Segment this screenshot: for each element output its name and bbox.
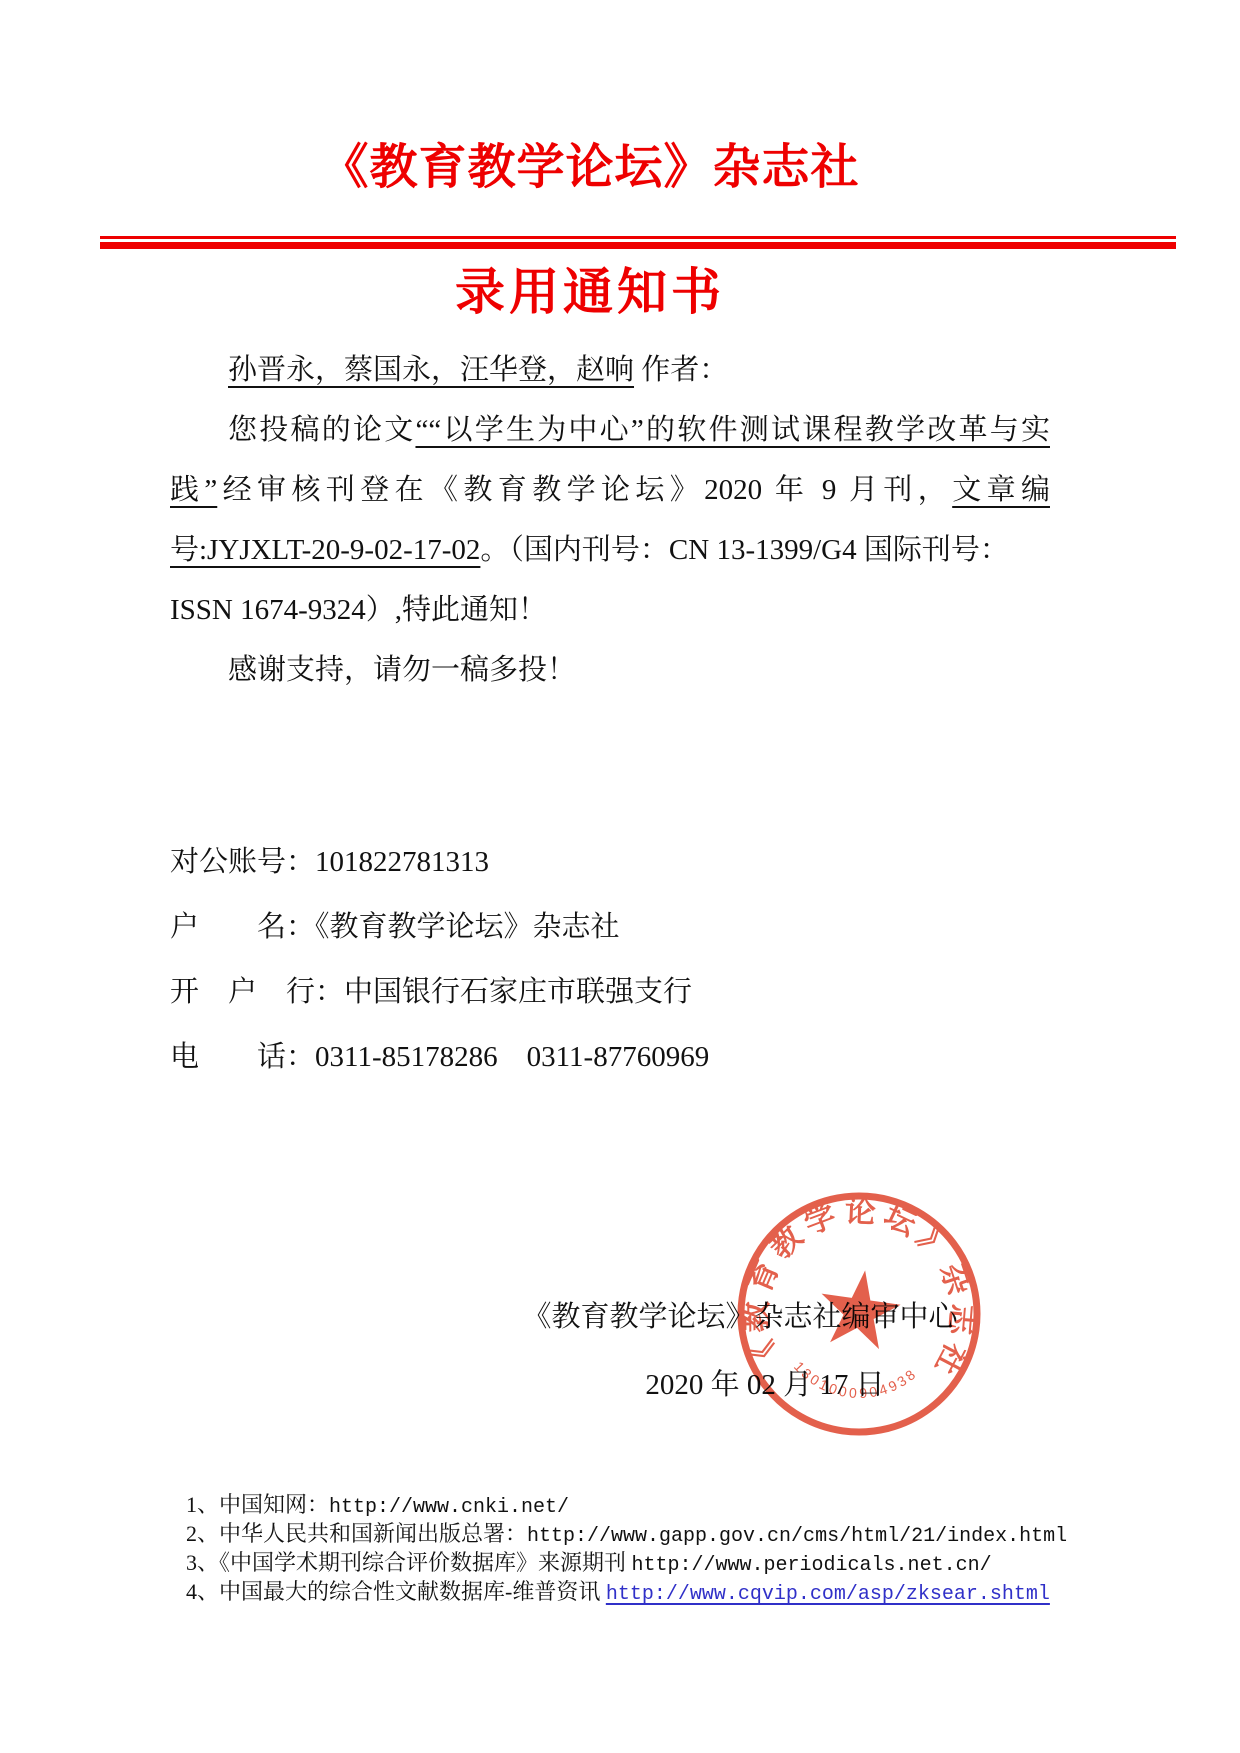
account-row: 户 名：《教育教学论坛》杂志社 [170, 895, 1070, 960]
body-text-underlined: 孙晋永，蔡国永，汪华登，赵响 [228, 354, 634, 386]
red-divider-thick [100, 242, 1176, 249]
footer-url: http://www.cnki.net/ [329, 1496, 569, 1519]
journal-title: 《教育教学论坛》杂志社 [0, 128, 1240, 197]
account-colon: ： [286, 911, 315, 943]
account-value: 《教育教学论坛》杂志社 [315, 911, 620, 943]
footer-line: 2、中华人民共和国新闻出版总署：http://www.gapp.gov.cn/c… [186, 1519, 1166, 1548]
body-text: 作者： [634, 354, 728, 386]
account-value: 101822781313 [315, 846, 489, 878]
body-text-underlined: ““以学生为中心”的软件测试课程教学改革与实 [415, 414, 1050, 446]
footer-links: 1、中国知网：http://www.cnki.net/2、中华人民共和国新闻出版… [186, 1490, 1166, 1606]
footer-line: 3、《中国学术期刊综合评价数据库》来源期刊 http://www.periodi… [186, 1548, 1166, 1577]
footer-prefix: 2、中华人民共和国新闻出版总署： [186, 1521, 527, 1546]
account-value: 中国银行石家庄市联强支行 [344, 976, 692, 1008]
body-text: 经审核刊登在《教育教学论坛》2020 年 9 月刊， [217, 474, 952, 506]
body-text: 您投稿的论文 [228, 414, 415, 446]
footer-prefix: 3、《中国学术期刊综合评价数据库》来源期刊 [186, 1550, 632, 1575]
body-text: ISSN 1674-9324）,特此通知！ [170, 594, 547, 626]
footer-url: http://www.gapp.gov.cn/cms/html/21/index… [527, 1525, 1067, 1548]
account-label: 电 话 [170, 1041, 286, 1073]
body-line: 孙晋永，蔡国永，汪华登，赵响 作者： [170, 340, 1050, 400]
signature-date: 2020 年 02 月 17 日 [420, 1362, 1110, 1403]
footer-line: 4、中国最大的综合性文献数据库-维普资讯 http://www.cqvip.co… [186, 1577, 1166, 1606]
footer-hyperlink[interactable]: http://www.cqvip.com/asp/zksear.shtml [606, 1583, 1050, 1606]
body-text: 感谢支持，请勿一稿多投！ [228, 654, 576, 686]
footer-url: http://www.periodicals.net.cn/ [632, 1554, 992, 1577]
body-text-underlined: 文章编 [952, 474, 1050, 506]
body-line: 感谢支持，请勿一稿多投！ [170, 640, 1050, 700]
body-line: ISSN 1674-9324）,特此通知！ [170, 580, 1050, 640]
account-colon: ： [286, 1041, 315, 1073]
footer-line: 1、中国知网：http://www.cnki.net/ [186, 1490, 1166, 1519]
notice-title: 录用通知书 [0, 252, 1240, 324]
body-line: 践”经审核刊登在《教育教学论坛》2020 年 9 月刊，文章编 [170, 460, 1050, 520]
body-text: 。（国内刊号：CN 13-1399/G4 国际刊号： [480, 534, 1008, 566]
account-colon: ： [315, 976, 344, 1008]
bank-account-block: 对公账号：101822781313户 名：《教育教学论坛》杂志社开 户 行：中国… [170, 830, 1070, 1090]
body-text-underlined: 践” [170, 474, 217, 506]
footer-prefix: 1、中国知网： [186, 1492, 329, 1517]
body-text-underlined: 号:JYJXLT-20-9-02-17-02 [170, 534, 480, 566]
footer-prefix: 4、中国最大的综合性文献数据库-维普资讯 [186, 1579, 606, 1604]
account-row: 开 户 行：中国银行石家庄市联强支行 [170, 960, 1070, 1025]
account-label: 开 户 行 [170, 976, 315, 1008]
acceptance-letter-page: 《教育教学论坛》杂志社 录用通知书 孙晋永，蔡国永，汪华登，赵响 作者：您投稿的… [0, 0, 1240, 1753]
account-row: 电 话：0311-85178286 0311-87760969 [170, 1025, 1070, 1090]
body-line: 您投稿的论文““以学生为中心”的软件测试课程教学改革与实 [170, 400, 1050, 460]
account-row: 对公账号：101822781313 [170, 830, 1070, 895]
account-label: 对公账号 [170, 846, 286, 878]
signature-org: 《教育教学论坛》杂志社编审中心 [420, 1294, 1060, 1335]
account-value: 0311-85178286 0311-87760969 [315, 1041, 709, 1073]
account-colon: ： [286, 846, 315, 878]
account-label: 户 名 [170, 911, 286, 943]
red-divider-thin [100, 236, 1176, 239]
body-line: 号:JYJXLT-20-9-02-17-02。（国内刊号：CN 13-1399/… [170, 520, 1050, 580]
letter-body: 孙晋永，蔡国永，汪华登，赵响 作者：您投稿的论文““以学生为中心”的软件测试课程… [170, 340, 1050, 700]
